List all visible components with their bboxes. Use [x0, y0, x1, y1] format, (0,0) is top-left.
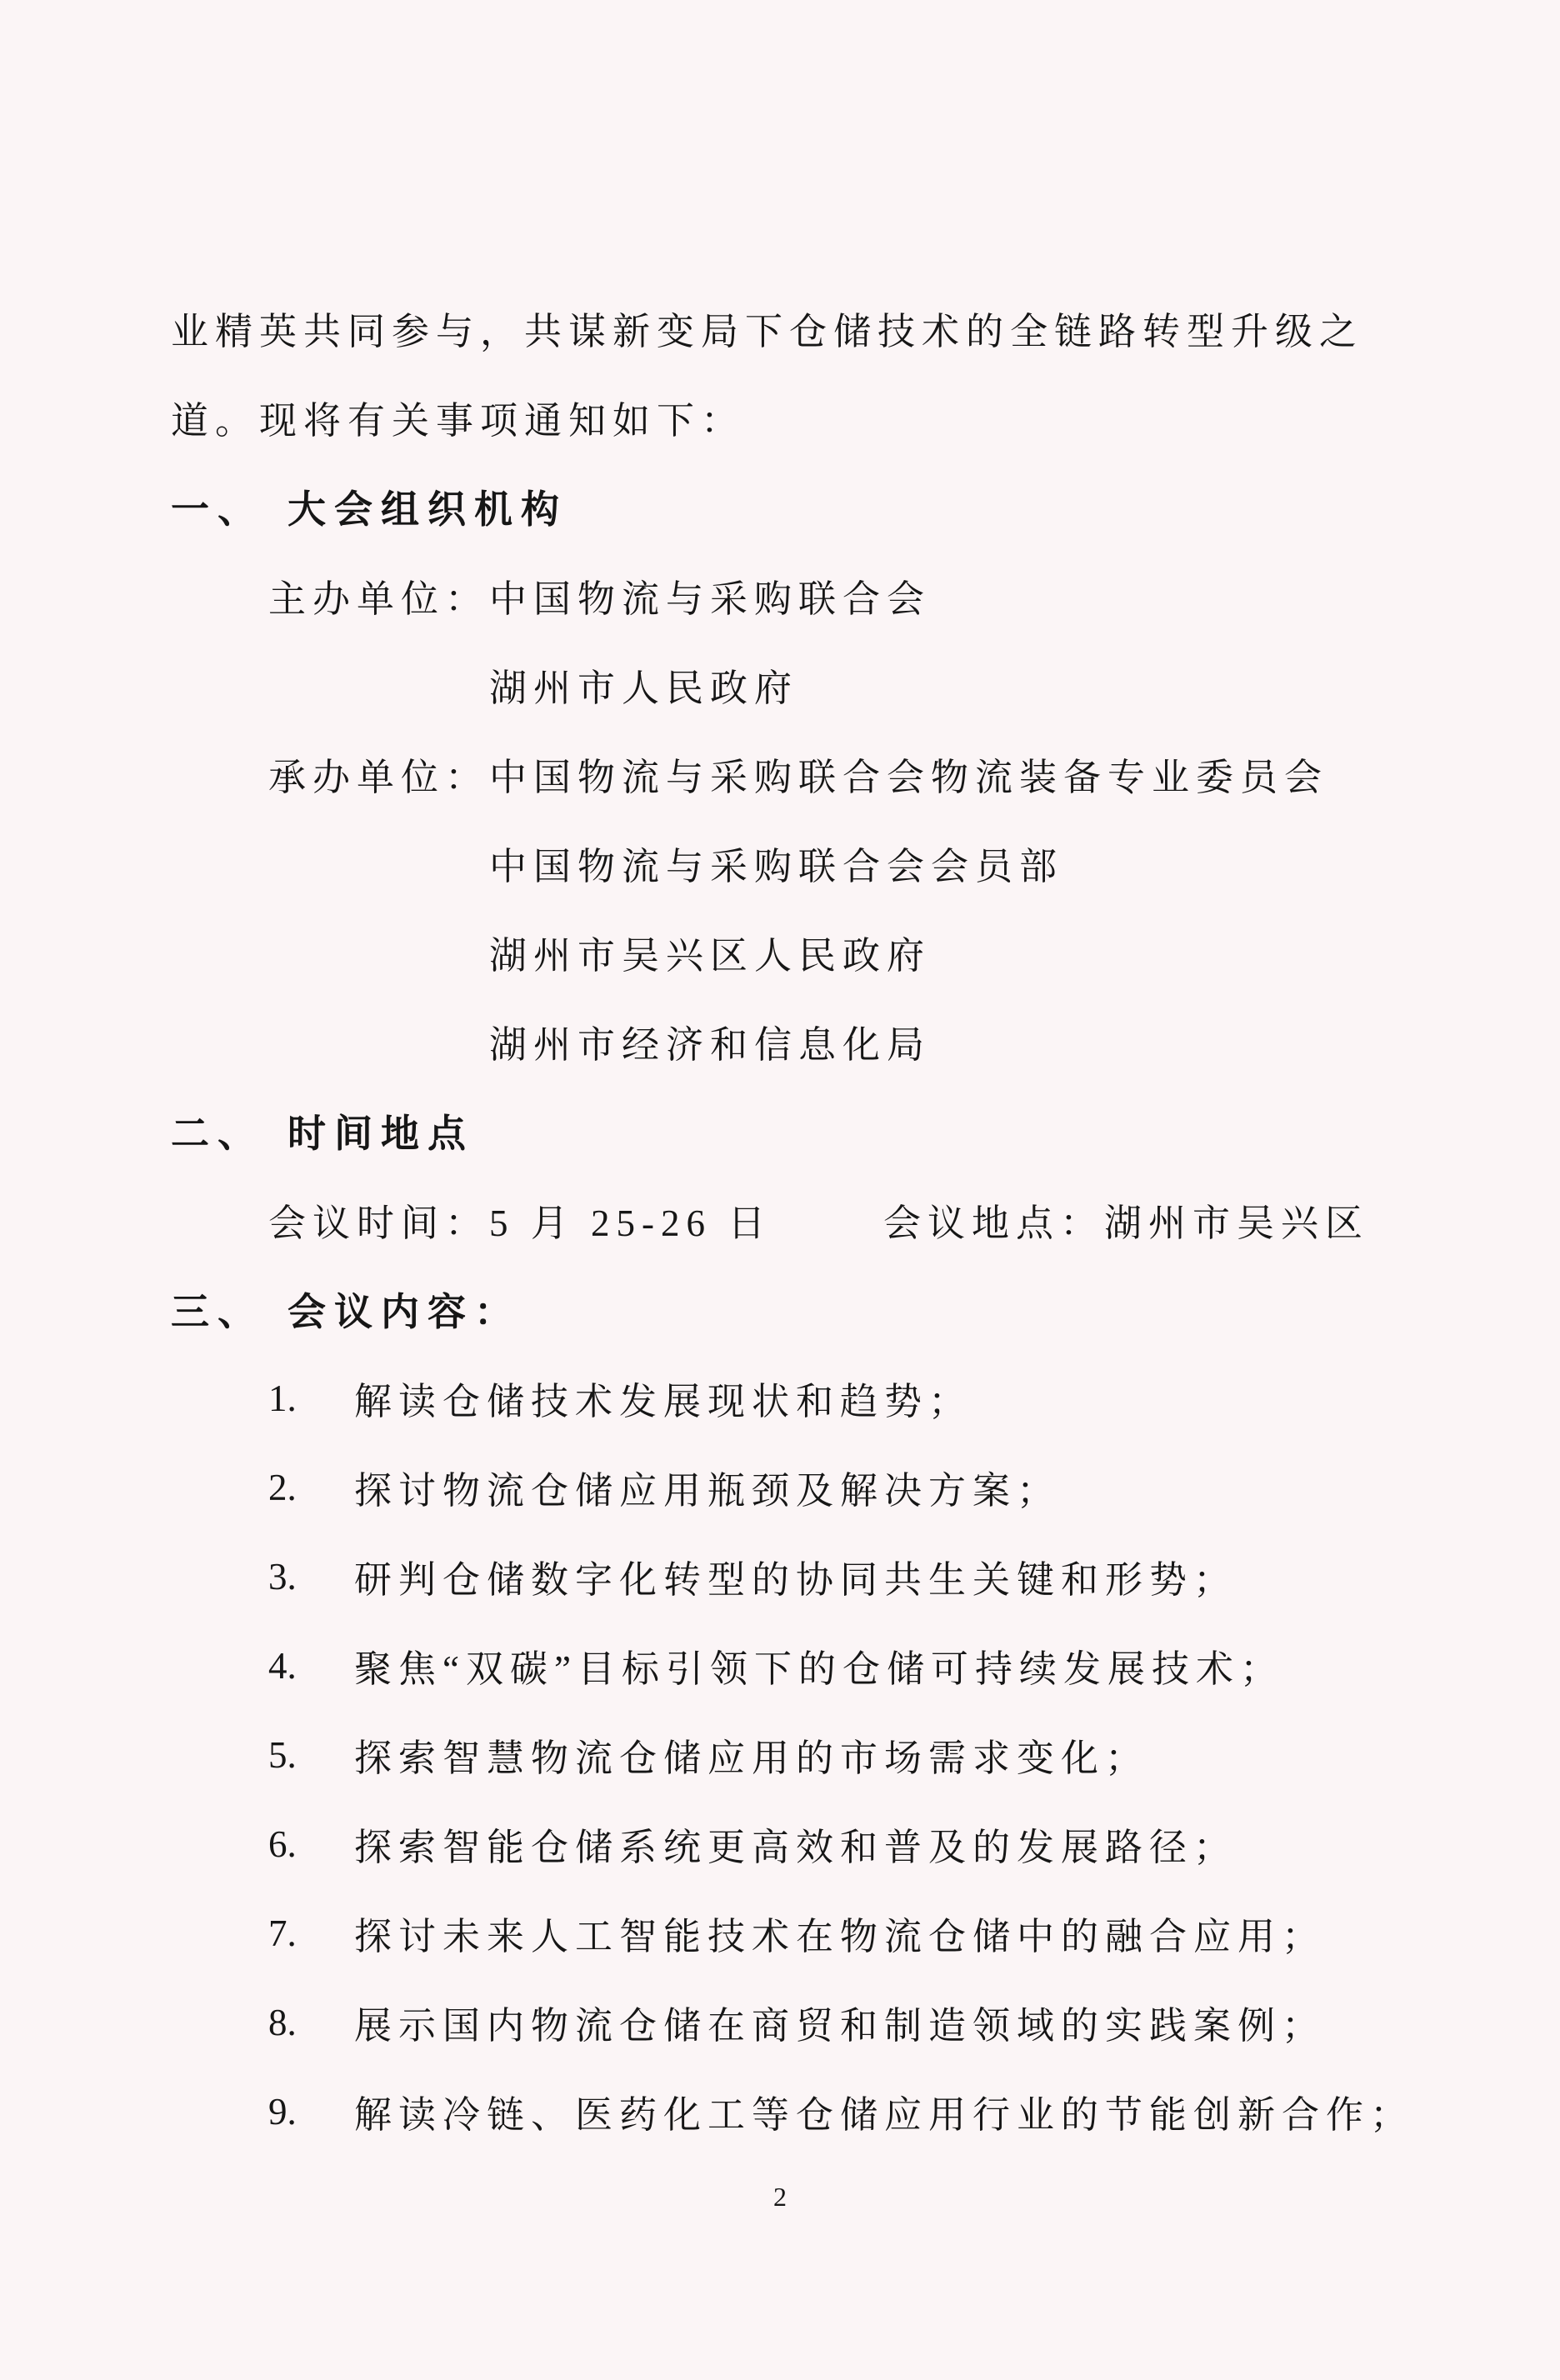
agenda-item-text: 探索智慧物流仓储应用的市场需求变化；	[354, 1727, 1149, 1782]
agenda-item: 7. 探讨未来人工智能技术在物流仓储中的融合应用；	[0, 1888, 1560, 1977]
organizer-extra-line: 湖州市吴兴区人民政府	[0, 907, 1560, 997]
document-page: 业精英共同参与，共谋新变局下仓储技术的全链路转型升级之 道。现将有关事项通知如下…	[0, 0, 1560, 2380]
meeting-time-value: 5 月 25-26 日	[489, 1192, 772, 1247]
organizer-label: 承办单位：	[268, 747, 489, 801]
section-2-title: 时间地点	[287, 1103, 474, 1158]
host-line: 主办单位： 中国物流与采购联合会	[0, 551, 1560, 640]
host-unit: 湖州市人民政府	[489, 657, 798, 712]
intro-paragraph-line: 道。现将有关事项通知如下：	[0, 372, 1560, 462]
section-heading-3: 三、 会议内容：	[0, 1264, 1560, 1353]
agenda-item-number: 1.	[268, 1377, 354, 1420]
agenda-item-number: 2.	[268, 1466, 354, 1509]
meeting-place-value: 湖州市吴兴区	[1104, 1192, 1369, 1247]
section-3-number: 三、	[171, 1282, 264, 1337]
organizer-unit: 湖州市经济和信息化局	[489, 1014, 931, 1068]
agenda-item-number: 6.	[268, 1822, 354, 1866]
meeting-place-group: 会议地点： 湖州市吴兴区	[883, 1175, 1369, 1264]
organizer-extra-line: 湖州市经济和信息化局	[0, 997, 1560, 1086]
host-unit: 中国物流与采购联合会	[489, 568, 931, 622]
organizer-extra-line: 中国物流与采购联合会会员部	[0, 818, 1560, 907]
section-1-number: 一、	[171, 479, 264, 534]
document-content: 业精英共同参与，共谋新变局下仓储技术的全链路转型升级之 道。现将有关事项通知如下…	[0, 283, 1560, 2156]
agenda-item: 4. 聚焦“双碳”目标引领下的仓储可持续发展技术；	[0, 1621, 1560, 1710]
agenda-item-number: 4.	[268, 1644, 354, 1687]
agenda-item-text: 研判仓储数字化转型的协同共生关键和形势；	[354, 1549, 1237, 1603]
organizer-unit: 中国物流与采购联合会会员部	[489, 836, 1063, 890]
agenda-item: 8. 展示国内物流仓储在商贸和制造领域的实践案例；	[0, 1977, 1560, 2067]
agenda-item-number: 5.	[268, 1733, 354, 1777]
section-1-title: 大会组织机构	[287, 479, 567, 534]
agenda-item-number: 3.	[268, 1555, 354, 1598]
agenda-item-text: 解读冷链、医药化工等仓储应用行业的节能创新合作；	[354, 2084, 1414, 2138]
organizer-unit: 湖州市吴兴区人民政府	[489, 925, 931, 979]
host-label: 主办单位：	[268, 568, 489, 622]
section-2-number: 二、	[171, 1103, 264, 1158]
agenda-item-text: 探讨物流仓储应用瓶颈及解决方案；	[354, 1460, 1061, 1514]
meeting-time-label: 会议时间：	[268, 1192, 489, 1247]
agenda-item-text: 探索智能仓储系统更高效和普及的发展路径；	[354, 1817, 1237, 1871]
agenda-item-text: 探讨未来人工智能技术在物流仓储中的融合应用；	[354, 1906, 1326, 1960]
meeting-place-label: 会议地点：	[883, 1192, 1104, 1247]
agenda-item-number: 8.	[268, 2001, 354, 2044]
agenda-item: 5. 探索智慧物流仓储应用的市场需求变化；	[0, 1710, 1560, 1799]
agenda-item-text: 聚焦“双碳”目标引领下的仓储可持续发展技术；	[354, 1638, 1284, 1692]
host-extra-line: 湖州市人民政府	[0, 640, 1560, 729]
intro-paragraph-line: 业精英共同参与，共谋新变局下仓储技术的全链路转型升级之	[0, 283, 1560, 372]
agenda-item: 6. 探索智能仓储系统更高效和普及的发展路径；	[0, 1799, 1560, 1888]
page-number: 2	[0, 2182, 1560, 2212]
organizer-line: 承办单位： 中国物流与采购联合会物流装备专业委员会	[0, 729, 1560, 818]
agenda-item-text: 展示国内物流仓储在商贸和制造领域的实践案例；	[354, 1995, 1326, 2049]
agenda-item: 3. 研判仓储数字化转型的协同共生关键和形势；	[0, 1532, 1560, 1621]
organizer-unit: 中国物流与采购联合会物流装备专业委员会	[489, 747, 1328, 801]
agenda-item: 9. 解读冷链、医药化工等仓储应用行业的节能创新合作；	[0, 2067, 1560, 2156]
agenda-item: 1. 解读仓储技术发展现状和趋势；	[0, 1353, 1560, 1442]
intro-line-1: 业精英共同参与，共谋新变局下仓储技术的全链路转型升级之	[171, 301, 1363, 355]
agenda-item-number: 9.	[268, 2090, 354, 2133]
agenda-item: 2. 探讨物流仓储应用瓶颈及解决方案；	[0, 1442, 1560, 1532]
section-heading-2: 二、 时间地点	[0, 1086, 1560, 1175]
section-3-title: 会议内容：	[287, 1282, 521, 1337]
agenda-item-number: 7.	[268, 1912, 354, 1955]
agenda-item-text: 解读仓储技术发展现状和趋势；	[354, 1371, 972, 1425]
intro-line-2: 道。现将有关事项通知如下：	[171, 390, 745, 444]
schedule-line: 会议时间： 5 月 25-26 日 会议地点： 湖州市吴兴区	[0, 1175, 1560, 1264]
section-heading-1: 一、 大会组织机构	[0, 462, 1560, 551]
